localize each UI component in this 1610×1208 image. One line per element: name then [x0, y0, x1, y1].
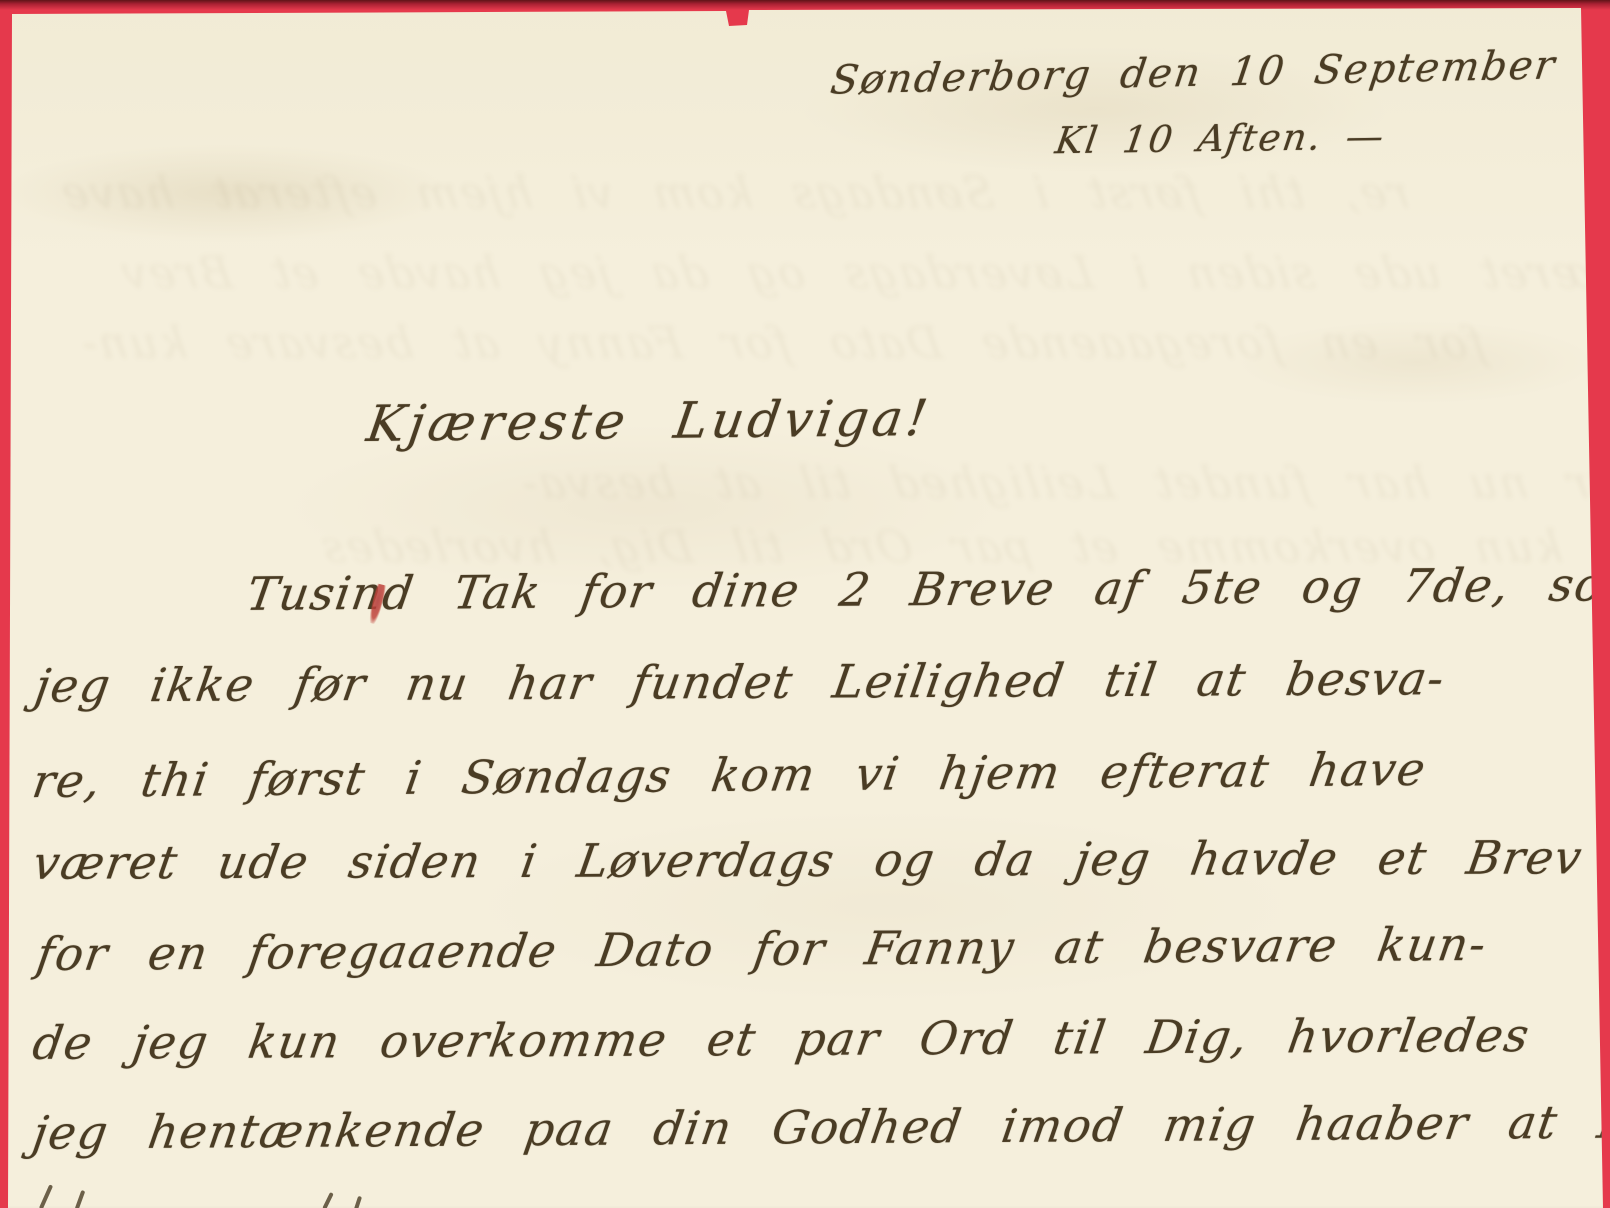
bleed-through-text: for en foregaaende Dato for Fanny at bes… — [76, 318, 1489, 369]
clipped-line-stroke — [75, 1190, 86, 1208]
clipped-line-stroke — [39, 1184, 53, 1208]
bleed-through-text: jeg ikke før nu har fundet Leilighed til… — [516, 458, 1610, 509]
body-line-6: de jeg kun overkomme et par Ord til Dig,… — [29, 1008, 1534, 1070]
salutation: Kjæreste Ludviga! — [363, 389, 935, 453]
body-line-7: jeg hentænkende paa din Godhed imod mig … — [29, 1094, 1610, 1159]
body-line-4: været ude siden i Løverdags og da jeg ha… — [29, 830, 1586, 889]
body-line-3: re, thi først i Søndags kom vi hjem efte… — [29, 742, 1430, 808]
body-line-5: for en foregaaende Dato for Fanny at bes… — [33, 917, 1491, 981]
body-line-1: Tusind Tak for dine 2 Breve af 5te og 7d… — [243, 557, 1610, 621]
letter-scan: re, thi først i Søndags kom vi hjem efte… — [0, 0, 1610, 1208]
clipped-line-stroke — [354, 1196, 362, 1208]
bleed-through-text: været ude siden i Løverdags og da jeg ha… — [116, 248, 1610, 299]
body-line-2: jeg ikke før nu har fundet Leilighed til… — [31, 651, 1449, 712]
clipped-line-stroke — [322, 1192, 333, 1208]
bleed-through-text: re, thi først i Søndags kom vi hjem efte… — [56, 168, 1413, 219]
letter-paper: re, thi først i Søndags kom vi hjem efte… — [0, 0, 1610, 1208]
dateline-time: Kl 10 Aften. — — [1053, 115, 1389, 163]
dateline-place-date: Sønderborg den 10 September — [828, 42, 1559, 103]
